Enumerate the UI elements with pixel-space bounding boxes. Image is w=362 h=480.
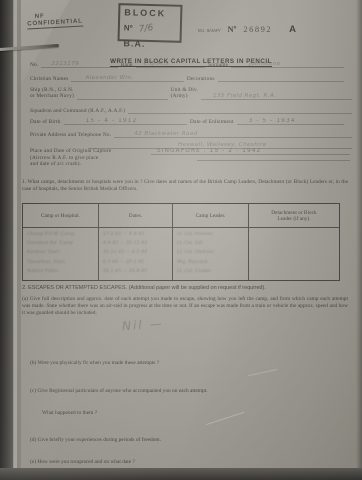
ship-field (77, 91, 168, 100)
date-entry: 30-11-43 — 6-5-44 (103, 248, 172, 257)
no-field: 2213179 (41, 59, 117, 68)
date-entry: 6-5-44 — 20-1-45 (103, 258, 172, 267)
nil-handwritten-answer: Nil — (122, 317, 164, 334)
no-label: No. (30, 62, 38, 68)
decorations-field (218, 73, 344, 82)
rank-label: Rank (121, 62, 133, 68)
serial-number: 26892 (243, 24, 272, 34)
date-entry: 20-1-45 — 20-8-45 (103, 267, 172, 276)
camps-table-header: Camp or Hospital. Dates. Camp Leader. De… (23, 204, 339, 228)
ship-label: Ship (R.N., U.S.N. or Merchant Navy) (30, 87, 74, 100)
camp-entry: Kanburi, Siam (27, 248, 98, 257)
camp-entry: Nakom Paton (27, 267, 98, 276)
header-dates: Dates. (99, 204, 173, 227)
block-stamp-no: Nº (124, 23, 133, 32)
private-address-label: Private Address and Telephone No. (30, 132, 111, 138)
date-entry: 4-4-43 — 30-11-43 (103, 239, 172, 248)
question-2b-text: (b) Were you physically fit when you mad… (30, 360, 159, 366)
camp-entry: Tamarkan, Siam (27, 258, 98, 267)
section-2-title: 2. ESCAPES OR ATTEMPTED ESCAPES. (Additi… (22, 285, 348, 292)
no-symbol: Nº (227, 24, 236, 34)
header-camp-leader: Camp Leader. (173, 204, 249, 227)
block-stamp-handwritten-number: 7/6 (138, 23, 154, 35)
leader-entry: Maj. Peacock (177, 258, 248, 267)
camps-table: Camp or Hospital. Dates. Camp Leader. De… (22, 203, 340, 281)
squadron-command-label: Squadron and Command (R.A.F., A.A.F.) (30, 108, 125, 114)
surname-label: Surname (208, 62, 228, 68)
decorations-label: Decorations (187, 76, 215, 82)
leader-entry: Lt. Col. Gill (177, 239, 248, 248)
capture-handwritten-value: SINGAPORE . 15 - 2 - 1942 (157, 148, 261, 154)
page-left-edge-shadow (0, 0, 14, 480)
block-number-stamp: BLOCK Nº7/6 B.A. (118, 3, 183, 43)
capture-field-line2 (197, 160, 350, 161)
capture-label: Place and Date of Original Capture (Airc… (30, 148, 148, 168)
header-detachment-leader: Detachment or Block Leader (if any). (249, 204, 339, 227)
date-of-birth-label: Date of Birth (30, 119, 61, 125)
capture-field-line1: SINGAPORE . 15 - 2 - 1942 (151, 148, 350, 155)
question-2c2-text: What happened to them ? (42, 410, 97, 416)
question-2c-text: (c) Give Regimental particulars of anyon… (30, 388, 208, 394)
date-of-enlistment-handwritten-value: 3 - 5 - 1934 (249, 118, 296, 124)
block-stamp-ba: B.A. (123, 38, 145, 49)
camp-entry: Changi P.O.W. Camp (27, 230, 98, 239)
row-private-address: Private Address and Telephone No. 42 Bla… (30, 129, 352, 138)
row-capture: Place and Date of Original Capture (Airc… (30, 148, 350, 168)
bottom-table-edge-shadow (0, 468, 362, 480)
scanned-pow-questionnaire-photo: NF CONFIDENTIAL BLOCK Nº7/6 B.A. M.I. 9/… (0, 0, 362, 480)
question-2a-text: (a) Give full description and approx. da… (22, 296, 348, 318)
rank-field: C.Q.M.S. (136, 59, 205, 68)
question-2e-text: (e) How were you recaptured and on what … (30, 459, 135, 465)
address-handwritten-line1: 42 Blackwater Road (134, 131, 197, 137)
surname-handwritten-value: Johnstone (249, 61, 280, 67)
underlying-page-edge (17, 0, 21, 480)
cell-detachment-empty (249, 228, 339, 280)
rank-handwritten-value: C.Q.M.S. (144, 61, 171, 67)
date-of-birth-handwritten-value: 15 - 4 - 1912 (86, 118, 138, 124)
cell-leaders: Lt. Col. Holmes Lt. Col. Gill Lt. Col. O… (173, 228, 249, 280)
question-2d-text: (d) Give briefly your experiences during… (30, 437, 161, 443)
christian-names-handwritten-value: Alexander Wm. (85, 75, 133, 81)
cell-camps: Changi P.O.W. Camp Havelock Rd. Camp Kan… (23, 228, 99, 280)
right-edge-shade (356, 0, 362, 480)
question-1-text: 1. What camps, detachments or hospitals … (22, 179, 348, 193)
row-ship-unit: Ship (R.N., U.S.N. or Merchant Navy) Uni… (30, 87, 352, 100)
unit-div-field: 135 Field Regt. R.A. (201, 91, 352, 100)
leader-entry: Lt. Col. Owtram (177, 248, 248, 257)
header-camp-or-hospital: Camp or Hospital. (23, 204, 99, 227)
unit-div-handwritten-value: 135 Field Regt. R.A. (213, 93, 277, 99)
row-squadron: Squadron and Command (R.A.F., A.A.F.) (30, 105, 352, 114)
leader-entry: Lt. Col. Coates (177, 267, 248, 276)
camps-table-body: Changi P.O.W. Camp Havelock Rd. Camp Kan… (23, 228, 339, 280)
unit-div-label: Unit & Div. (Army) (171, 87, 198, 100)
serial-reference-line: M.I. 9/JAP/ Nº 26892 A (198, 24, 296, 35)
series-letter: A (289, 24, 296, 35)
date-of-enlistment-label: Date of Enlistment (190, 119, 234, 125)
no-handwritten-value: 2213179 (51, 61, 79, 67)
leader-entry: Lt. Col. Holmes (177, 230, 248, 239)
row-no-rank-surname: No. 2213179 Rank C.Q.M.S. Surname Johnst… (30, 59, 344, 68)
private-address-field-line1: 42 Blackwater Road (114, 129, 352, 138)
row-christian-decorations: Christian Names Alexander Wm. Decoration… (30, 73, 344, 82)
camp-entry: Havelock Rd. Camp (27, 239, 98, 248)
squadron-command-field (128, 105, 352, 114)
cell-dates: 17-2-42 — 4-4-43 4-4-43 — 30-11-43 30-11… (99, 228, 173, 280)
mi9-jap-prefix: M.I. 9/JAP/ (198, 28, 220, 33)
christian-names-field: Alexander Wm. (71, 73, 183, 82)
confidential-stamp: NF CONFIDENTIAL (27, 12, 83, 30)
surname-field: Johnstone (231, 59, 344, 68)
date-entry: 17-2-42 — 4-4-43 (103, 230, 172, 239)
christian-names-label: Christian Names (30, 76, 68, 82)
row-dob-enlistment: Date of Birth 15 - 4 - 1912 Date of Enli… (30, 116, 344, 125)
date-of-birth-field: 15 - 4 - 1912 (64, 116, 187, 125)
date-of-enlistment-field: 3 - 5 - 1934 (237, 116, 344, 125)
